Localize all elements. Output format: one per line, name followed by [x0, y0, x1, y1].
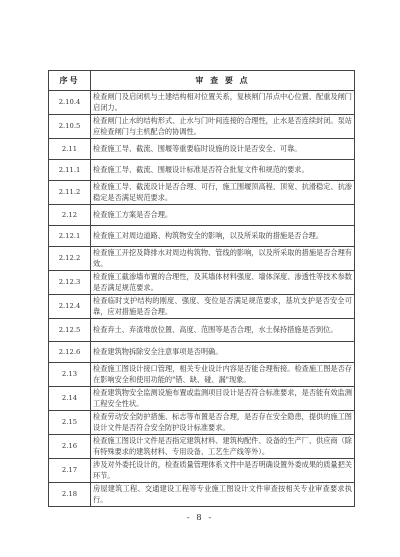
table-row: 2.13检查施工图设计接口管理，相关专业设计内容是否能合理衔接。检查施工图是否存… — [49, 363, 355, 387]
table-row: 2.12.4检查临时支护结构的刚度、强度、变位是否满足规范要求，基坑支护是否安全… — [49, 295, 355, 319]
header-review-points: 审 查 要 点 — [91, 71, 355, 91]
row-serial-number: 2.11.1 — [49, 160, 91, 181]
row-serial-number: 2.12.1 — [49, 226, 91, 247]
row-review-point: 检查弃土、弃渣堆放位置、高度、范围等是否合理，水土保持措施是否到位。 — [91, 319, 355, 342]
page-number: - 8 - — [0, 513, 400, 523]
table-row: 2.17涉及对外委托设计的，检查质量管理体系文件中是否明确设置外委成果的质量把关… — [49, 459, 355, 483]
row-serial-number: 2.14 — [49, 387, 91, 411]
row-review-point: 涉及对外委托设计的，检查质量管理体系文件中是否明确设置外委成果的质量把关环节。 — [91, 459, 355, 483]
row-review-point: 检查临时支护结构的刚度、强度、变位是否满足规范要求，基坑支护是否安全可靠，应对措… — [91, 295, 355, 319]
table-row: 2.12检查施工方案是否合理。 — [49, 205, 355, 226]
table-row: 2.11.1检查施工导、截流、围堰设计标准是否符合批复文件和规范的要求。 — [49, 160, 355, 181]
row-review-point: 检查建筑物拆除安全注意事项是否明确。 — [91, 342, 355, 363]
row-serial-number: 2.12 — [49, 205, 91, 226]
table-row: 2.10.4检查闸门及启闭机与土建结构相对位置关系，复核闸门吊点中心位置、配重及… — [49, 91, 355, 115]
row-serial-number: 2.12.4 — [49, 295, 91, 319]
row-review-point: 检查施工截渗墙布置的合理性，及其墙体材料强度、墙体深度、渗透性等技术参数是否满足… — [91, 271, 355, 295]
row-serial-number: 2.15 — [49, 411, 91, 435]
row-review-point: 检查施工导、截流、围堰等重要临时设施的设计是否安全、可靠。 — [91, 139, 355, 160]
table-header-row: 序号 审 查 要 点 — [49, 71, 355, 91]
table-body: 2.10.4检查闸门及启闭机与土建结构相对位置关系，复核闸门吊点中心位置、配重及… — [49, 91, 355, 507]
row-review-point: 房屋建筑工程、交通建设工程等专业施工图设计文件审查按相关专业审查要求执行。 — [91, 483, 355, 507]
row-serial-number: 2.10.4 — [49, 91, 91, 115]
row-serial-number: 2.12.5 — [49, 319, 91, 342]
row-review-point: 检查闸门止水的结构形式、止水与门叶间连接的合理性，止水是否连续封闭。泵站应检查闸… — [91, 115, 355, 139]
row-review-point: 检查施工图设计文件是否指定建筑材料、建筑构配件、设备的生产厂、供应商（除有特殊要… — [91, 435, 355, 459]
row-review-point: 检查施工导、截流、围堰设计标准是否符合批复文件和规范的要求。 — [91, 160, 355, 181]
row-review-point: 检查劳动安全防护措施、标志等布置是否合理，是否存在安全隐患，提供的施工图设计文件… — [91, 411, 355, 435]
table-row: 2.18房屋建筑工程、交通建设工程等专业施工图设计文件审查按相关专业审查要求执行… — [49, 483, 355, 507]
row-review-point: 检查施工开挖及降排水对周边构筑物、管线的影响，以及所采取的措施是否合理有效。 — [91, 247, 355, 271]
table-row: 2.16检查施工图设计文件是否指定建筑材料、建筑构配件、设备的生产厂、供应商（除… — [49, 435, 355, 459]
table-row: 2.12.2检查施工开挖及降排水对周边构筑物、管线的影响，以及所采取的措施是否合… — [49, 247, 355, 271]
row-review-point: 检查施工方案是否合理。 — [91, 205, 355, 226]
row-serial-number: 2.17 — [49, 459, 91, 483]
table-row: 2.12.6检查建筑物拆除安全注意事项是否明确。 — [49, 342, 355, 363]
table-row: 2.14检查建筑物安全监测设施布置或监测项目设计是否符合标准要求，是否能有效监测… — [49, 387, 355, 411]
row-review-point: 检查施工对周边道路、构筑物安全的影响，以及所采取的措施是否合理。 — [91, 226, 355, 247]
row-serial-number: 2.12.3 — [49, 271, 91, 295]
row-review-point: 检查施工图设计接口管理，相关专业设计内容是否能合理衔接。检查施工图是否存在影响安… — [91, 363, 355, 387]
row-serial-number: 2.10.5 — [49, 115, 91, 139]
row-review-point: 检查建筑物安全监测设施布置或监测项目设计是否符合标准要求，是否能有效监测工程安全… — [91, 387, 355, 411]
row-serial-number: 2.11 — [49, 139, 91, 160]
table-row: 2.12.1检查施工对周边道路、构筑物安全的影响，以及所采取的措施是否合理。 — [49, 226, 355, 247]
row-serial-number: 2.11.2 — [49, 181, 91, 205]
row-serial-number: 2.16 — [49, 435, 91, 459]
row-serial-number: 2.12.6 — [49, 342, 91, 363]
table-row: 2.10.5检查闸门止水的结构形式、止水与门叶间连接的合理性，止水是否连续封闭。… — [49, 115, 355, 139]
review-points-table: 序号 审 查 要 点 2.10.4检查闸门及启闭机与土建结构相对位置关系，复核闸… — [48, 70, 355, 507]
row-serial-number: 2.13 — [49, 363, 91, 387]
header-serial-number: 序号 — [49, 71, 91, 91]
row-serial-number: 2.18 — [49, 483, 91, 507]
row-serial-number: 2.12.2 — [49, 247, 91, 271]
row-review-point: 检查闸门及启闭机与土建结构相对位置关系，复核闸门吊点中心位置、配重及闸门启闭力。 — [91, 91, 355, 115]
table-row: 2.11.2检查施工导、截流设计是否合理、可行，施工围堰顶高程、顶宽、抗滑稳定、… — [49, 181, 355, 205]
row-review-point: 检查施工导、截流设计是否合理、可行，施工围堰顶高程、顶宽、抗滑稳定、抗渗稳定是否… — [91, 181, 355, 205]
table-row: 2.15检查劳动安全防护措施、标志等布置是否合理，是否存在安全隐患，提供的施工图… — [49, 411, 355, 435]
table-row: 2.12.5检查弃土、弃渣堆放位置、高度、范围等是否合理，水土保持措施是否到位。 — [49, 319, 355, 342]
document-page: 序号 审 查 要 点 2.10.4检查闸门及启闭机与土建结构相对位置关系，复核闸… — [0, 0, 400, 557]
table-row: 2.12.3检查施工截渗墙布置的合理性，及其墙体材料强度、墙体深度、渗透性等技术… — [49, 271, 355, 295]
table-row: 2.11检查施工导、截流、围堰等重要临时设施的设计是否安全、可靠。 — [49, 139, 355, 160]
